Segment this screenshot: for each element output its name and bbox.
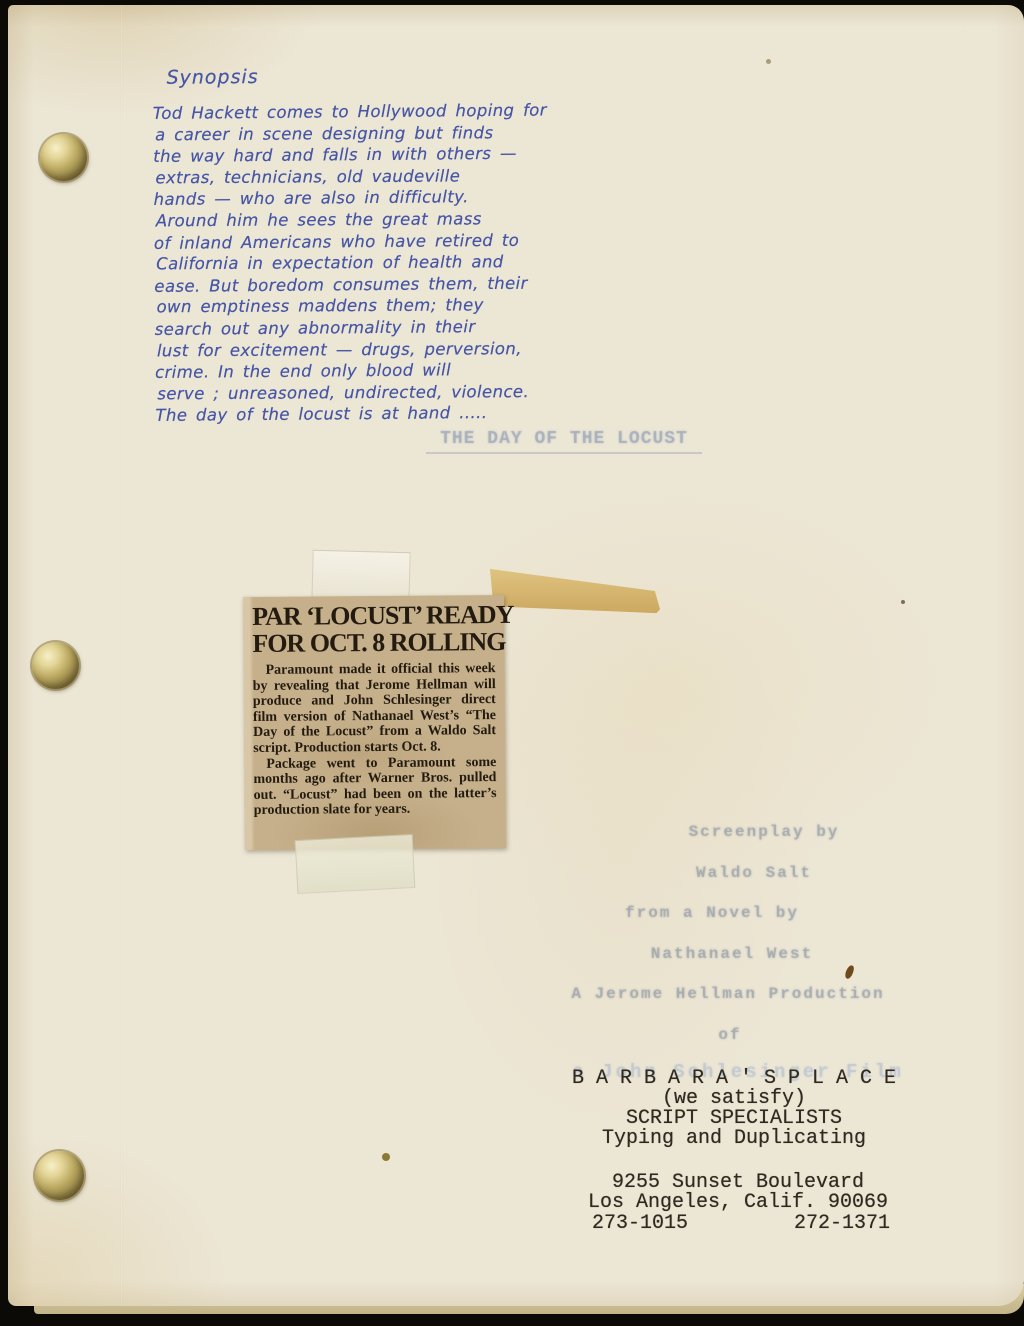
clipping-paragraph: Paramount made it official this week by …	[253, 661, 497, 756]
synopsis-line: California in expectation of health and	[156, 251, 596, 275]
clipping-headline-line2: FOR OCT. 8 ROLLING	[252, 628, 495, 658]
synopsis-line: extras, technicians, old vaudeville	[155, 164, 595, 188]
clipping-headline-line1: PAR ‘LOCUST’ READY	[252, 601, 495, 630]
service-address-street: 9255 Sunset Boulevard	[568, 1173, 908, 1193]
clipping-paragraph: Package went to Paramount some months ag…	[253, 755, 496, 819]
synopsis-line: a career in scene designing but finds	[155, 121, 595, 145]
synopsis-line: own emptiness maddens them; they	[156, 294, 596, 318]
synopsis-line: serve ; unreasoned, undirected, violence…	[157, 380, 597, 404]
handwritten-synopsis: Synopsis Tod Hackett comes to Hollywood …	[152, 63, 595, 427]
synopsis-line: search out any abnormality in their	[155, 315, 595, 340]
service-description: Typing and Duplicating	[546, 1129, 922, 1149]
ghost-credit-line: from a Novel by	[512, 904, 912, 945]
page-crease	[120, 5, 123, 1306]
ghost-credit-line: Nathanael West	[532, 945, 932, 986]
tape-strip-below-clipping	[295, 834, 416, 894]
scanned-script-cover: { "document": { "synopsis": { "heading":…	[0, 0, 1024, 1326]
ghost-typed-credits: Screenplay by Waldo Salt from a Novel by…	[528, 823, 928, 1066]
page-crease	[964, 5, 967, 1306]
brass-brad-fastener-middle	[32, 642, 79, 689]
paper-speck	[766, 59, 771, 64]
ghost-typed-title: THE DAY OF THE LOCUST	[426, 429, 702, 454]
typing-service-block: B A R B A R A ' S P L A C E (we satisfy)…	[546, 1069, 922, 1149]
synopsis-heading: Synopsis	[166, 63, 592, 89]
synopsis-line: The day of the locust is at hand .....	[155, 401, 595, 426]
ghost-credit-line: of	[530, 1026, 930, 1067]
synopsis-line: crime. In the end only blood will	[155, 358, 595, 383]
newspaper-clipping: PAR ‘LOCUST’ READY FOR OCT. 8 ROLLING Pa…	[243, 595, 506, 850]
synopsis-line: Tod Hackett comes to Hollywood hoping fo…	[153, 99, 593, 124]
ghost-credit-line: Waldo Salt	[554, 864, 954, 905]
service-phone-left: 273-1015	[592, 1212, 688, 1235]
service-address-block: 9255 Sunset Boulevard Los Angeles, Calif…	[568, 1173, 908, 1212]
paper-speck	[901, 600, 905, 604]
service-specialty: SCRIPT SPECIALISTS	[546, 1109, 922, 1129]
service-tagline: (we satisfy)	[546, 1089, 922, 1109]
yellowed-tape-strip	[490, 567, 660, 615]
ghost-credit-line: A Jerome Hellman Production	[528, 985, 928, 1026]
service-address-city: Los Angeles, Calif. 90069	[568, 1193, 908, 1213]
synopsis-line: lust for excitement — drugs, perversion,	[157, 337, 597, 361]
synopsis-line: the way hard and falls in with others —	[153, 142, 593, 167]
brass-brad-fastener-top	[40, 134, 87, 181]
service-phone-right: 272-1371	[794, 1212, 890, 1235]
ink-speck	[382, 1153, 390, 1161]
service-phone-row: 273-1015 272-1371	[592, 1212, 890, 1235]
ghost-credit-line: Screenplay by	[564, 823, 964, 864]
script-cover-page: Synopsis Tod Hackett comes to Hollywood …	[8, 5, 1024, 1306]
synopsis-line: Around him he sees the great mass	[156, 208, 596, 232]
service-name: B A R B A R A ' S P L A C E	[546, 1069, 922, 1089]
brass-brad-fastener-bottom	[35, 1151, 84, 1200]
